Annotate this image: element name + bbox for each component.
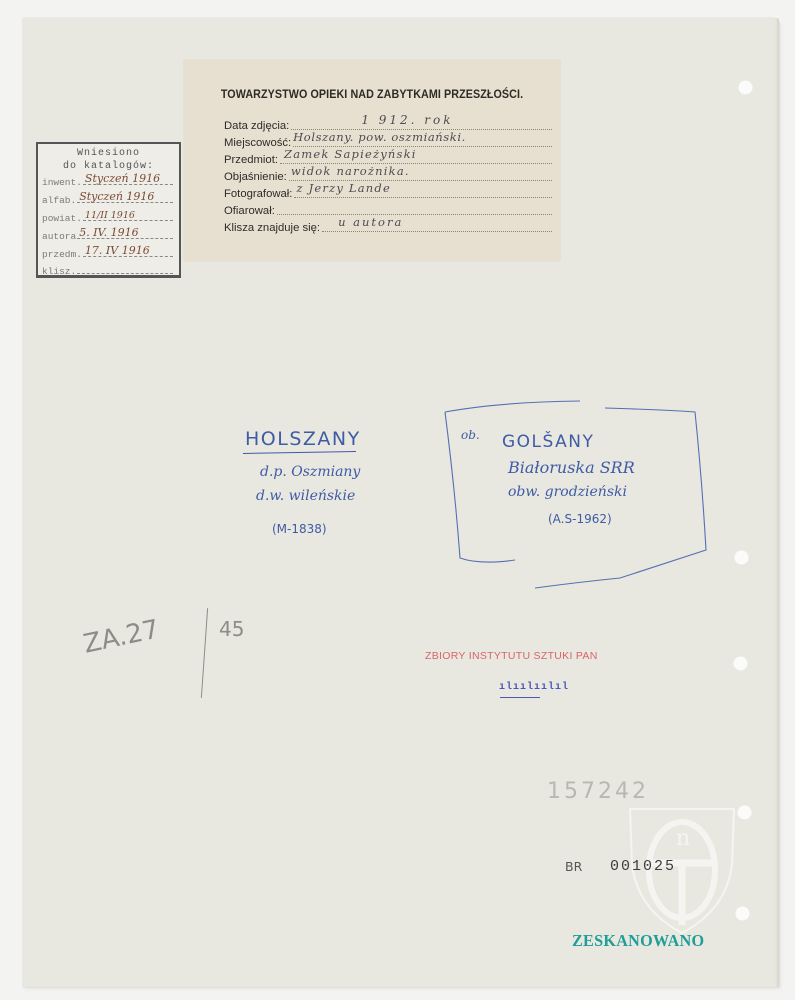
current-prefix: ob.	[461, 428, 480, 442]
label-field-negative: Klisza znajduje się: u autora	[224, 218, 552, 234]
historical-source-ref: (M-1838)	[272, 522, 327, 536]
pencil-number: 45	[219, 617, 244, 641]
blue-ink-stamp: ılıılıılıl	[499, 682, 569, 693]
current-source-ref: (A.S-1962)	[548, 512, 612, 526]
stamp-subheading: do katalogów:	[38, 161, 179, 172]
collection-stamp: ZBIORY INSTYTUTU SZTUKI PAN	[425, 650, 598, 662]
stamp-row-inventory: inwent. Styczeń 1916	[42, 174, 173, 188]
punch-hole	[738, 80, 753, 95]
punch-hole	[733, 656, 748, 671]
label-title: TOWARZYSTWO OPIEKI NAD ZABYTKAMI PRZESZŁ…	[207, 87, 538, 101]
society-label-card: TOWARZYSTWO OPIEKI NAD ZABYTKAMI PRZESZŁ…	[184, 60, 560, 261]
svg-text:n: n	[676, 826, 690, 851]
stamp-heading: Wniesiono	[38, 148, 179, 159]
catalog-entry-stamp: Wniesiono do katalogów: inwent. Styczeń …	[36, 142, 181, 278]
stamp-row-author: autora 5. IV. 1916	[42, 228, 173, 242]
br-prefix: BR	[565, 859, 582, 874]
label-field-photographer: Fotografował: z Jerzy Lande	[224, 184, 552, 200]
historical-district: d.p. Oszmiany	[260, 464, 360, 480]
punch-hole	[737, 805, 752, 820]
stamp-row-negative: klisz.	[42, 263, 173, 277]
scanned-stamp: ZESKANOWANO	[572, 931, 704, 951]
place-name-current: GOLŠANY	[502, 432, 594, 452]
historical-voivodeship: d.w. wileńskie	[256, 488, 355, 504]
pencil-inventory-number: 157242	[547, 779, 649, 804]
current-oblast: obw. grodzieński	[508, 484, 627, 500]
stamp-row-district: powiat. 11/II 1916	[42, 210, 173, 224]
punch-hole	[734, 550, 749, 565]
stamp-row-subject: przedm. 17. IV 1916	[42, 246, 173, 260]
stamp-underline	[500, 697, 540, 698]
stamp-row-alphabetical: alfab. Styczeń 1916	[42, 192, 173, 206]
current-republic: Białoruska SRR	[508, 458, 635, 477]
place-name-historical: HOLSZANY	[245, 428, 361, 450]
br-registry-number: 001025	[610, 858, 676, 875]
